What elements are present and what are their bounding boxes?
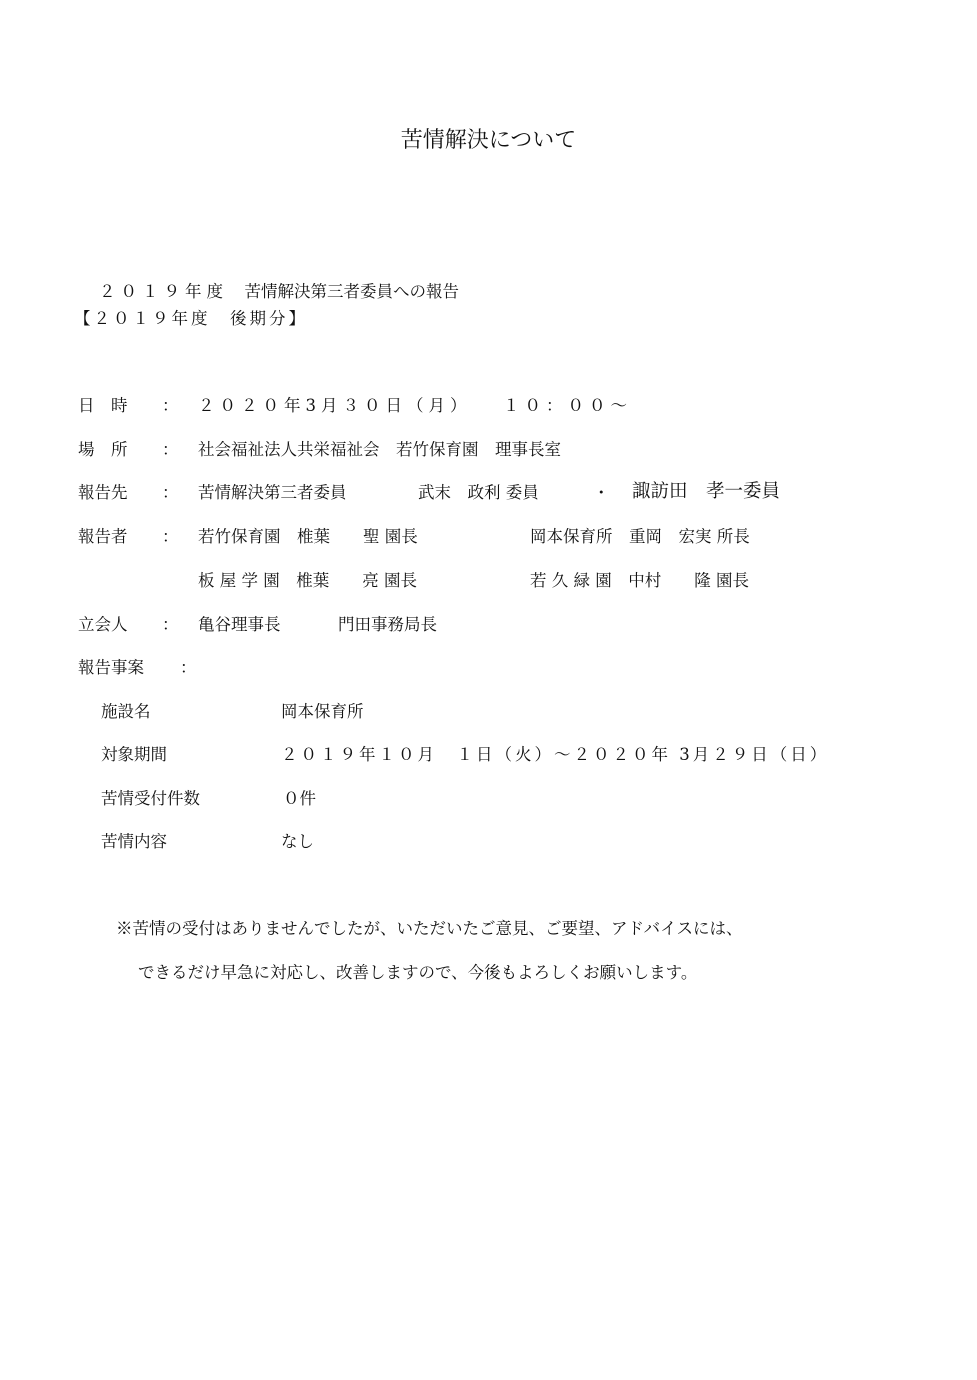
- report-to-label: 報告先: [78, 485, 128, 502]
- datetime-time: １０：００～: [503, 398, 632, 415]
- document-title: 苦情解決について: [0, 130, 977, 152]
- witness-label: 立会人: [78, 617, 128, 634]
- reporter-3: 板 屋 学 園 椎葉 亮 園長: [198, 573, 417, 590]
- matter-label: 報告事案: [78, 660, 144, 677]
- place-label: 場 所: [78, 442, 128, 459]
- datetime-date: ２０２０年3月３０日（月）: [198, 398, 472, 415]
- note-line-2: できるだけ早急に対応し、改善しますので、今後もよろしくお願いします。: [138, 965, 697, 982]
- report-to-group: 苦情解決第三者委員: [198, 485, 347, 502]
- complaint-count-label: 苦情受付件数: [101, 791, 200, 808]
- report-to-member-2: 諏訪田 孝一委員: [632, 483, 780, 502]
- datetime-colon: ：: [162, 398, 179, 415]
- reporter-1: 若竹保育園 椎葉 聖 園長: [198, 529, 418, 546]
- witness-colon: ：: [162, 617, 179, 634]
- report-to-separator: ・: [593, 485, 610, 502]
- report-period: 【２０１９年度 後期分】: [74, 311, 308, 328]
- place-colon: ：: [162, 442, 179, 459]
- period-value: ２０１９年１０月 １日（火）～２０２０年 3月２９日（日）: [281, 747, 829, 764]
- report-subject: 苦情解決第三者委員への報告: [244, 282, 459, 301]
- note-line-1: ※苦情の受付はありませんでしたが、いただいたご意見、ご要望、アドバイスには、: [116, 921, 743, 938]
- reporters-colon: ：: [162, 529, 179, 546]
- report-to-colon: ：: [162, 485, 179, 502]
- facility-value: 岡本保育所: [281, 704, 364, 721]
- complaint-content-label: 苦情内容: [101, 834, 167, 851]
- report-to-member-1: 武末 政利 委員: [418, 485, 539, 502]
- reporter-2: 岡本保育所 重岡 宏実 所長: [530, 529, 750, 546]
- witness-1: 亀谷理事長: [198, 617, 281, 634]
- report-year: ２０１９年度: [99, 282, 228, 301]
- period-label: 対象期間: [101, 747, 167, 764]
- place-value: 社会福祉法人共栄福祉会 若竹保育園 理事長室: [198, 442, 561, 459]
- witness-2: 門田事務局長: [338, 617, 437, 634]
- matter-colon: ：: [180, 660, 197, 677]
- datetime-label: 日 時: [78, 398, 128, 415]
- facility-label: 施設名: [101, 704, 151, 721]
- reporter-4: 若 久 緑 園 中村 隆 園長: [530, 573, 749, 590]
- reporters-label: 報告者: [78, 529, 128, 546]
- complaint-content-value: なし: [281, 834, 314, 851]
- complaint-count-value: ０件: [283, 791, 316, 808]
